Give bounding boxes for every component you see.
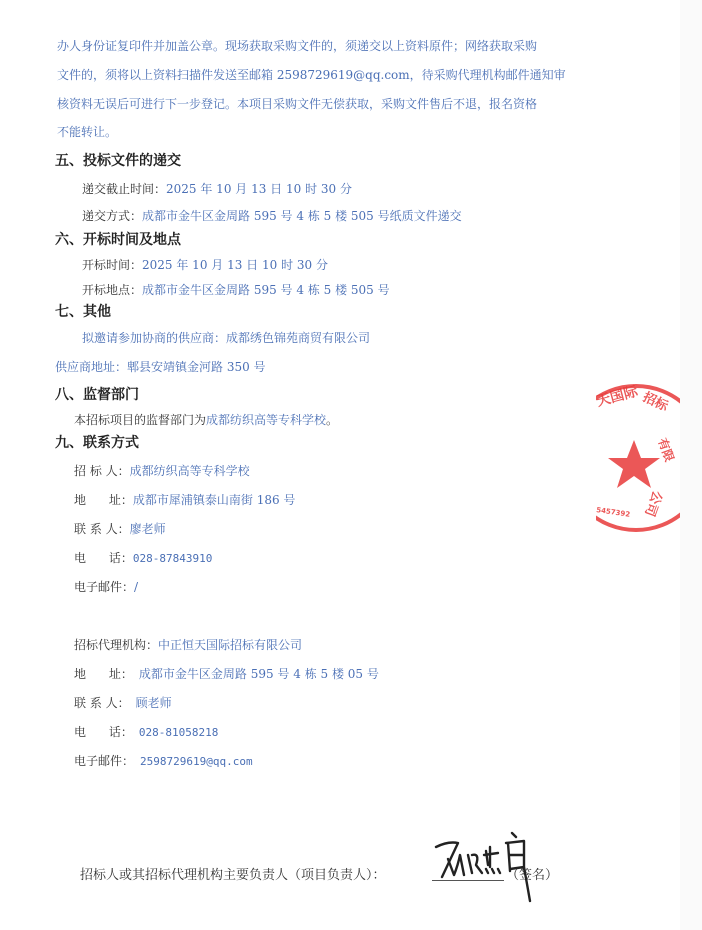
tenderer-contact-label: 联 系 人： bbox=[74, 522, 130, 536]
submission-method: 递交方式：成都市金牛区金周路 595 号 4 栋 5 楼 505 号纸质文件递交 bbox=[82, 208, 462, 224]
tenderer-email-label: 电子邮件： bbox=[74, 580, 134, 594]
tenderer-email: 电子邮件：/ bbox=[74, 579, 138, 595]
agency-address-value: 成都市金牛区金周路 595 号 4 栋 5 楼 05 号 bbox=[139, 667, 379, 681]
section-5-title: 五、投标文件的递交 bbox=[55, 152, 181, 170]
invited-supplier: 拟邀请参加协商的供应商：成都绣色锦苑商贸有限公司 bbox=[82, 330, 370, 346]
agency-name-label: 招标代理机构： bbox=[74, 638, 158, 652]
intro-line: 核资料无误后可进行下一步登记。本项目采购文件无偿获取，采购文件售后不退，报名资格 bbox=[57, 96, 537, 112]
opening-time: 开标时间：2025 年 10 月 13 日 10 时 30 分 bbox=[82, 257, 328, 273]
tenderer-address: 地 址：成都市犀浦镇泰山南街 186 号 bbox=[74, 492, 295, 508]
tenderer-phone-value: 028-87843910 bbox=[133, 552, 212, 565]
page-edge bbox=[680, 0, 702, 930]
section-7-title: 七、其他 bbox=[55, 303, 111, 321]
agency-name-value: 中正恒天国际招标有限公司 bbox=[158, 638, 302, 652]
intro-line: 办人身份证复印件并加盖公章。现场获取采购文件的，须递交以上资料原件；网络获取采购 bbox=[57, 38, 537, 54]
supervision-suffix: 。 bbox=[326, 413, 338, 427]
opening-place: 开标地点：成都市金牛区金周路 595 号 4 栋 5 楼 505 号 bbox=[82, 282, 390, 298]
agency-phone-label: 电 话： bbox=[74, 725, 133, 739]
agency-contact-person: 联 系 人：顾老师 bbox=[74, 695, 172, 711]
intro-line: 文件的，须将以上资料扫描件发送至邮箱 2598729619@qq.com，待采购… bbox=[57, 67, 566, 83]
handwritten-signature-icon bbox=[428, 825, 548, 905]
signature-label: 招标人或其招标代理机构主要负责人（项目负责人）： bbox=[80, 868, 386, 884]
tenderer-address-value: 成都市犀浦镇泰山南街 186 号 bbox=[133, 493, 296, 507]
agency-email-value: 2598729619@qq.com bbox=[140, 755, 253, 768]
opening-place-value: 成都市金牛区金周路 595 号 4 栋 5 楼 505 号 bbox=[142, 283, 390, 297]
svg-text:5457392: 5457392 bbox=[596, 506, 631, 519]
tenderer-address-label: 地 址： bbox=[74, 493, 133, 507]
tenderer-contact-value: 廖老师 bbox=[130, 522, 166, 536]
agency-email-label: 电子邮件： bbox=[74, 754, 134, 768]
opening-time-value: 2025 年 10 月 13 日 10 时 30 分 bbox=[142, 258, 328, 272]
svg-text:有限: 有限 bbox=[655, 436, 677, 464]
intro-line: 不能转让。 bbox=[57, 124, 117, 140]
tenderer-name-label: 招 标 人： bbox=[74, 464, 130, 478]
svg-text:公司: 公司 bbox=[641, 489, 665, 519]
agency-email: 电子邮件：2598729619@qq.com bbox=[74, 753, 253, 770]
agency-name: 招标代理机构：中正恒天国际招标有限公司 bbox=[74, 637, 302, 653]
tenderer-contact-person: 联 系 人：廖老师 bbox=[74, 521, 166, 537]
supplier-address: 供应商地址：郫县安靖镇金河路 350 号 bbox=[55, 359, 266, 375]
submission-deadline-label: 递交截止时间： bbox=[82, 182, 166, 196]
tenderer-phone-label: 电 话： bbox=[74, 551, 133, 565]
tenderer-name: 招 标 人：成都纺织高等专科学校 bbox=[74, 463, 250, 479]
opening-place-label: 开标地点： bbox=[82, 283, 142, 297]
supervision-value: 成都纺织高等专科学校 bbox=[206, 413, 326, 427]
section-8-title: 八、监督部门 bbox=[55, 386, 139, 404]
tenderer-name-value: 成都纺织高等专科学校 bbox=[130, 464, 250, 478]
submission-deadline: 递交截止时间：2025 年 10 月 13 日 10 时 30 分 bbox=[82, 181, 352, 197]
section-9-title: 九、联系方式 bbox=[55, 434, 139, 452]
tenderer-phone: 电 话：028-87843910 bbox=[74, 550, 212, 567]
agency-contact-label: 联 系 人： bbox=[74, 696, 130, 710]
supervision-dept: 本招标项目的监督部门为成都纺织高等专科学校。 bbox=[74, 412, 338, 428]
official-stamp-icon: 天国际 招标 有限 公司 5457392 bbox=[596, 378, 680, 538]
section-6-title: 六、开标时间及地点 bbox=[55, 231, 181, 249]
submission-method-value: 成都市金牛区金周路 595 号 4 栋 5 楼 505 号纸质文件递交 bbox=[142, 209, 462, 223]
agency-address: 地 址：成都市金牛区金周路 595 号 4 栋 5 楼 05 号 bbox=[74, 666, 379, 682]
agency-phone: 电 话：028-81058218 bbox=[74, 724, 218, 741]
opening-time-label: 开标时间： bbox=[82, 258, 142, 272]
agency-address-label: 地 址： bbox=[74, 667, 133, 681]
supervision-prefix: 本招标项目的监督部门为 bbox=[74, 413, 206, 427]
submission-method-label: 递交方式： bbox=[82, 209, 142, 223]
submission-deadline-value: 2025 年 10 月 13 日 10 时 30 分 bbox=[166, 182, 352, 196]
tenderer-email-value: / bbox=[134, 580, 138, 594]
agency-phone-value: 028-81058218 bbox=[139, 726, 218, 739]
agency-contact-value: 顾老师 bbox=[136, 696, 172, 710]
